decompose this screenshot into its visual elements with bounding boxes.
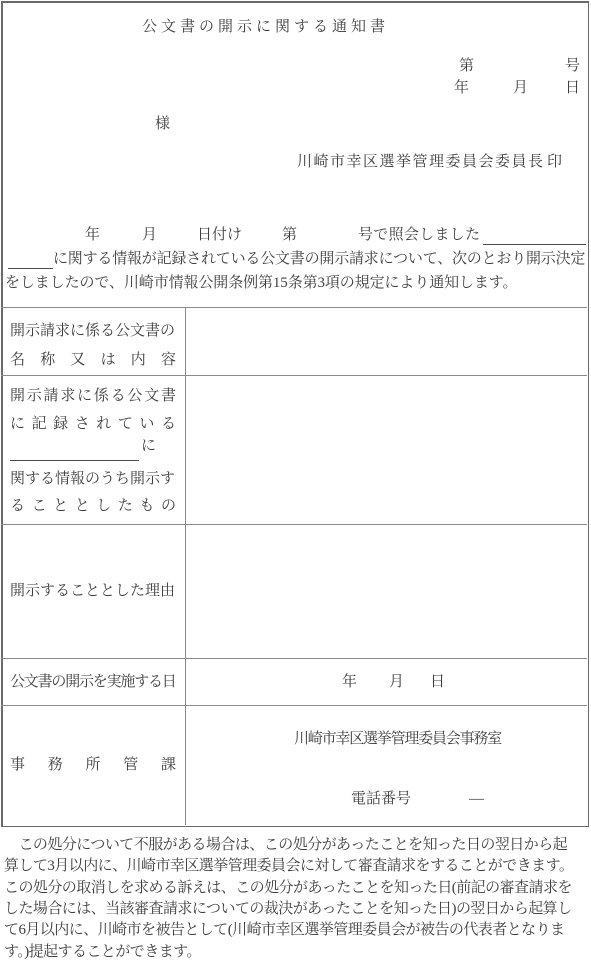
- label-line: 開示請求に係る公文書: [10, 383, 176, 411]
- value-day-label: 日: [430, 675, 445, 690]
- label-blank-suffix: に: [141, 433, 156, 461]
- label-line: 名称又は内容: [10, 346, 176, 375]
- office-name: 川崎市幸区選挙管理委員会事務室: [294, 732, 501, 747]
- label-line: 開示請求に係る公文書の: [10, 317, 176, 346]
- phone-line: 電話番号―: [351, 792, 484, 807]
- addressee-suffix: 様: [155, 117, 170, 132]
- label-line: 開示することとした理由: [10, 584, 176, 599]
- label-line: ることとしたもの: [10, 493, 176, 521]
- doc-number-suffix: 号: [565, 59, 580, 74]
- label-disclosed-information: 開示請求に係る公文書 に記録されている に 関する情報のうち開示す ることとした…: [1, 376, 186, 525]
- blank-field-underline: [10, 444, 139, 461]
- label-document-name-or-content: 開示請求に係る公文書の 名称又は内容: [1, 308, 186, 376]
- label-administering-section: 事務所管課: [1, 706, 186, 825]
- appeal-notice-paragraph: この処分について不服がある場合は、この処分があったことを知った日の翌日から起 算…: [4, 835, 588, 963]
- date-day-label: 日: [565, 81, 580, 96]
- notice-table: 開示請求に係る公文書の 名称又は内容 開示請求に係る公文書 に記録されている に…: [1, 307, 587, 825]
- body-line-2: に関する情報が記録されている公文書の開示請求について、次のとおり開示決定: [0, 252, 591, 274]
- label-line: に: [10, 438, 176, 466]
- ref-year-label: 年: [85, 228, 100, 243]
- value-reason-for-disclosure: [186, 525, 587, 659]
- appeal-line: す。)提起することができます。: [4, 942, 588, 963]
- value-disclosed-information: [186, 376, 587, 525]
- blank-field-underline: [8, 253, 53, 269]
- body-reference-line: 年 月 日付け 第 号で照会しました: [0, 228, 591, 250]
- ref-month-label: 月: [142, 228, 157, 243]
- label-line: 関する情報のうち開示す: [10, 466, 176, 494]
- value-document-name-or-content: [186, 308, 587, 376]
- blank-field-underline: [483, 229, 586, 245]
- doc-number-prefix: 第: [459, 59, 474, 74]
- body-text-2: に関する情報が記録されている公文書の開示請求について、次のとおり開示決定: [53, 252, 585, 267]
- appeal-line: て6月以内に、川崎市を被告として(川崎市幸区選挙管理委員会が被告の代表者となりま: [4, 920, 588, 941]
- appeal-line: この処分の取消しを求める訴えは、この処分があったことを知った日(前記の審査請求を: [4, 878, 588, 899]
- date-month-label: 月: [513, 81, 528, 96]
- value-administering-section: 川崎市幸区選挙管理委員会事務室 電話番号―: [186, 706, 587, 825]
- value-month-label: 月: [389, 675, 404, 690]
- ref-day-label: 日付け: [197, 228, 242, 243]
- appeal-line: この処分について不服がある場合は、この処分があったことを知った日の翌日から起: [4, 835, 588, 856]
- seal-placeholder: 印: [547, 155, 562, 170]
- phone-label: 電話番号: [351, 791, 411, 807]
- appeal-line: した場合には、当該審査請求についての裁決があったことを知った日)の翌日から起算し: [4, 899, 588, 920]
- appeal-line: 算して3月以内に、川崎市幸区選挙管理委員会に対して審査請求をすることができます。: [4, 856, 588, 877]
- label-reason-for-disclosure: 開示することとした理由: [1, 525, 186, 659]
- ref-number-suffix: 号で照会しました: [358, 228, 480, 243]
- disclosure-notice-document: 公文書の開示に関する通知書 第 号 年 月 日 様 川崎市幸区選挙管理委員会委員…: [0, 0, 591, 964]
- date-year-label: 年: [454, 81, 469, 96]
- body-line-3: をしましたので、川崎市情報公開条例第15条第3項の規定により通知します。: [0, 276, 591, 298]
- label-line: 事務所管課: [10, 758, 176, 773]
- value-disclosure-date: 年 月 日: [186, 659, 587, 706]
- value-year-label: 年: [342, 675, 357, 690]
- label-line: 公文書の開示を実施する日: [10, 675, 176, 690]
- issuer-name: 川崎市幸区選挙管理委員会委員長: [297, 155, 545, 170]
- phone-dash: ―: [469, 791, 484, 807]
- ref-number-prefix: 第: [282, 228, 297, 243]
- body-text-3: をしましたので、川崎市情報公開条例第15条第3項の規定により通知します。: [5, 276, 517, 291]
- document-title: 公文書の開示に関する通知書: [142, 20, 389, 35]
- label-disclosure-date: 公文書の開示を実施する日: [1, 659, 186, 706]
